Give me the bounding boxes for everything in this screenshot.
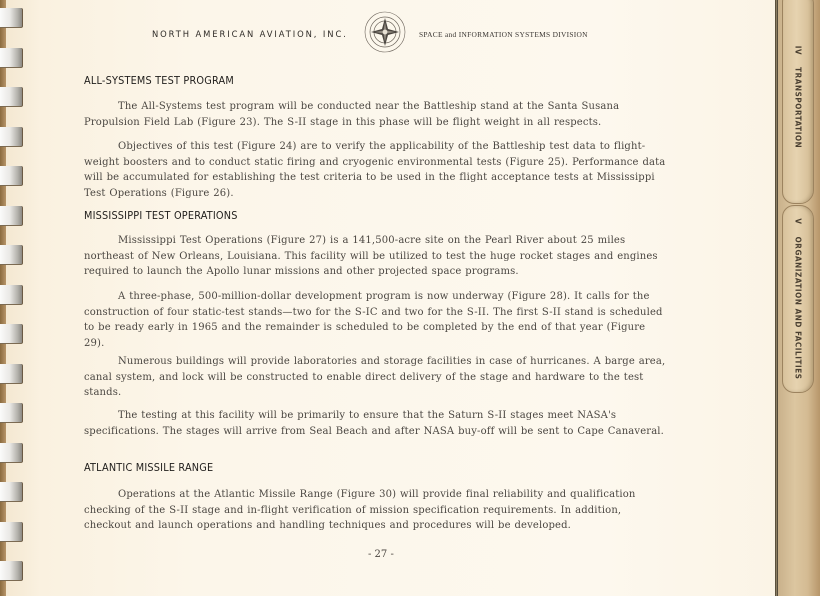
- tab-label: TRANSPORTATION: [794, 67, 803, 148]
- document-page: NORTH AMERICAN AVIATION, INC. SPACE and …: [0, 0, 778, 596]
- paragraph: Objectives of this test (Figure 24) are …: [84, 139, 666, 201]
- binder-ring: [0, 324, 23, 344]
- binder-ring: [0, 364, 23, 384]
- binder-ring: [0, 443, 23, 463]
- compass-star-logo-icon: [363, 10, 407, 54]
- paragraph: The testing at this facility will be pri…: [84, 408, 666, 439]
- binder-ring: [0, 48, 23, 68]
- company-name: NORTH AMERICAN AVIATION, INC.: [152, 29, 348, 39]
- paragraph: Operations at the Atlantic Missile Range…: [84, 487, 666, 534]
- tab-organization-facilities[interactable]: VORGANIZATION AND FACILITIES: [782, 205, 814, 393]
- tab-roman-numeral: IV: [794, 46, 803, 55]
- binder-ring: [0, 245, 23, 265]
- section-heading-atlantic: ATLANTIC MISSILE RANGE: [84, 461, 213, 474]
- binder-ring: [0, 561, 23, 581]
- binder-ring: [0, 482, 23, 502]
- paragraph: Numerous buildings will provide laborato…: [84, 354, 666, 401]
- paragraph: Mississippi Test Operations (Figure 27) …: [84, 233, 666, 280]
- paragraph: The All-Systems test program will be con…: [84, 99, 666, 130]
- tab-transportation[interactable]: IVTRANSPORTATION: [782, 0, 814, 204]
- binder-ring: [0, 403, 23, 423]
- binder-ring: [0, 522, 23, 542]
- binder-ring: [0, 206, 23, 226]
- binder-ring: [0, 8, 23, 28]
- binder-ring: [0, 166, 23, 186]
- section-heading-mississippi: MISSISSIPPI TEST OPERATIONS: [84, 209, 238, 222]
- binder-ring: [0, 127, 23, 147]
- binder-ring: [0, 285, 23, 305]
- tab-label: ORGANIZATION AND FACILITIES: [794, 237, 803, 380]
- division-name: SPACE and INFORMATION SYSTEMS DIVISION: [419, 30, 588, 39]
- page-number: - 27 -: [368, 549, 394, 560]
- binder-ring: [0, 87, 23, 107]
- tab-roman-numeral: V: [794, 218, 803, 224]
- paragraph: A three-phase, 500-million-dollar develo…: [84, 289, 666, 351]
- section-heading-all-systems: ALL-SYSTEMS TEST PROGRAM: [84, 74, 234, 87]
- page-edge: [775, 0, 778, 596]
